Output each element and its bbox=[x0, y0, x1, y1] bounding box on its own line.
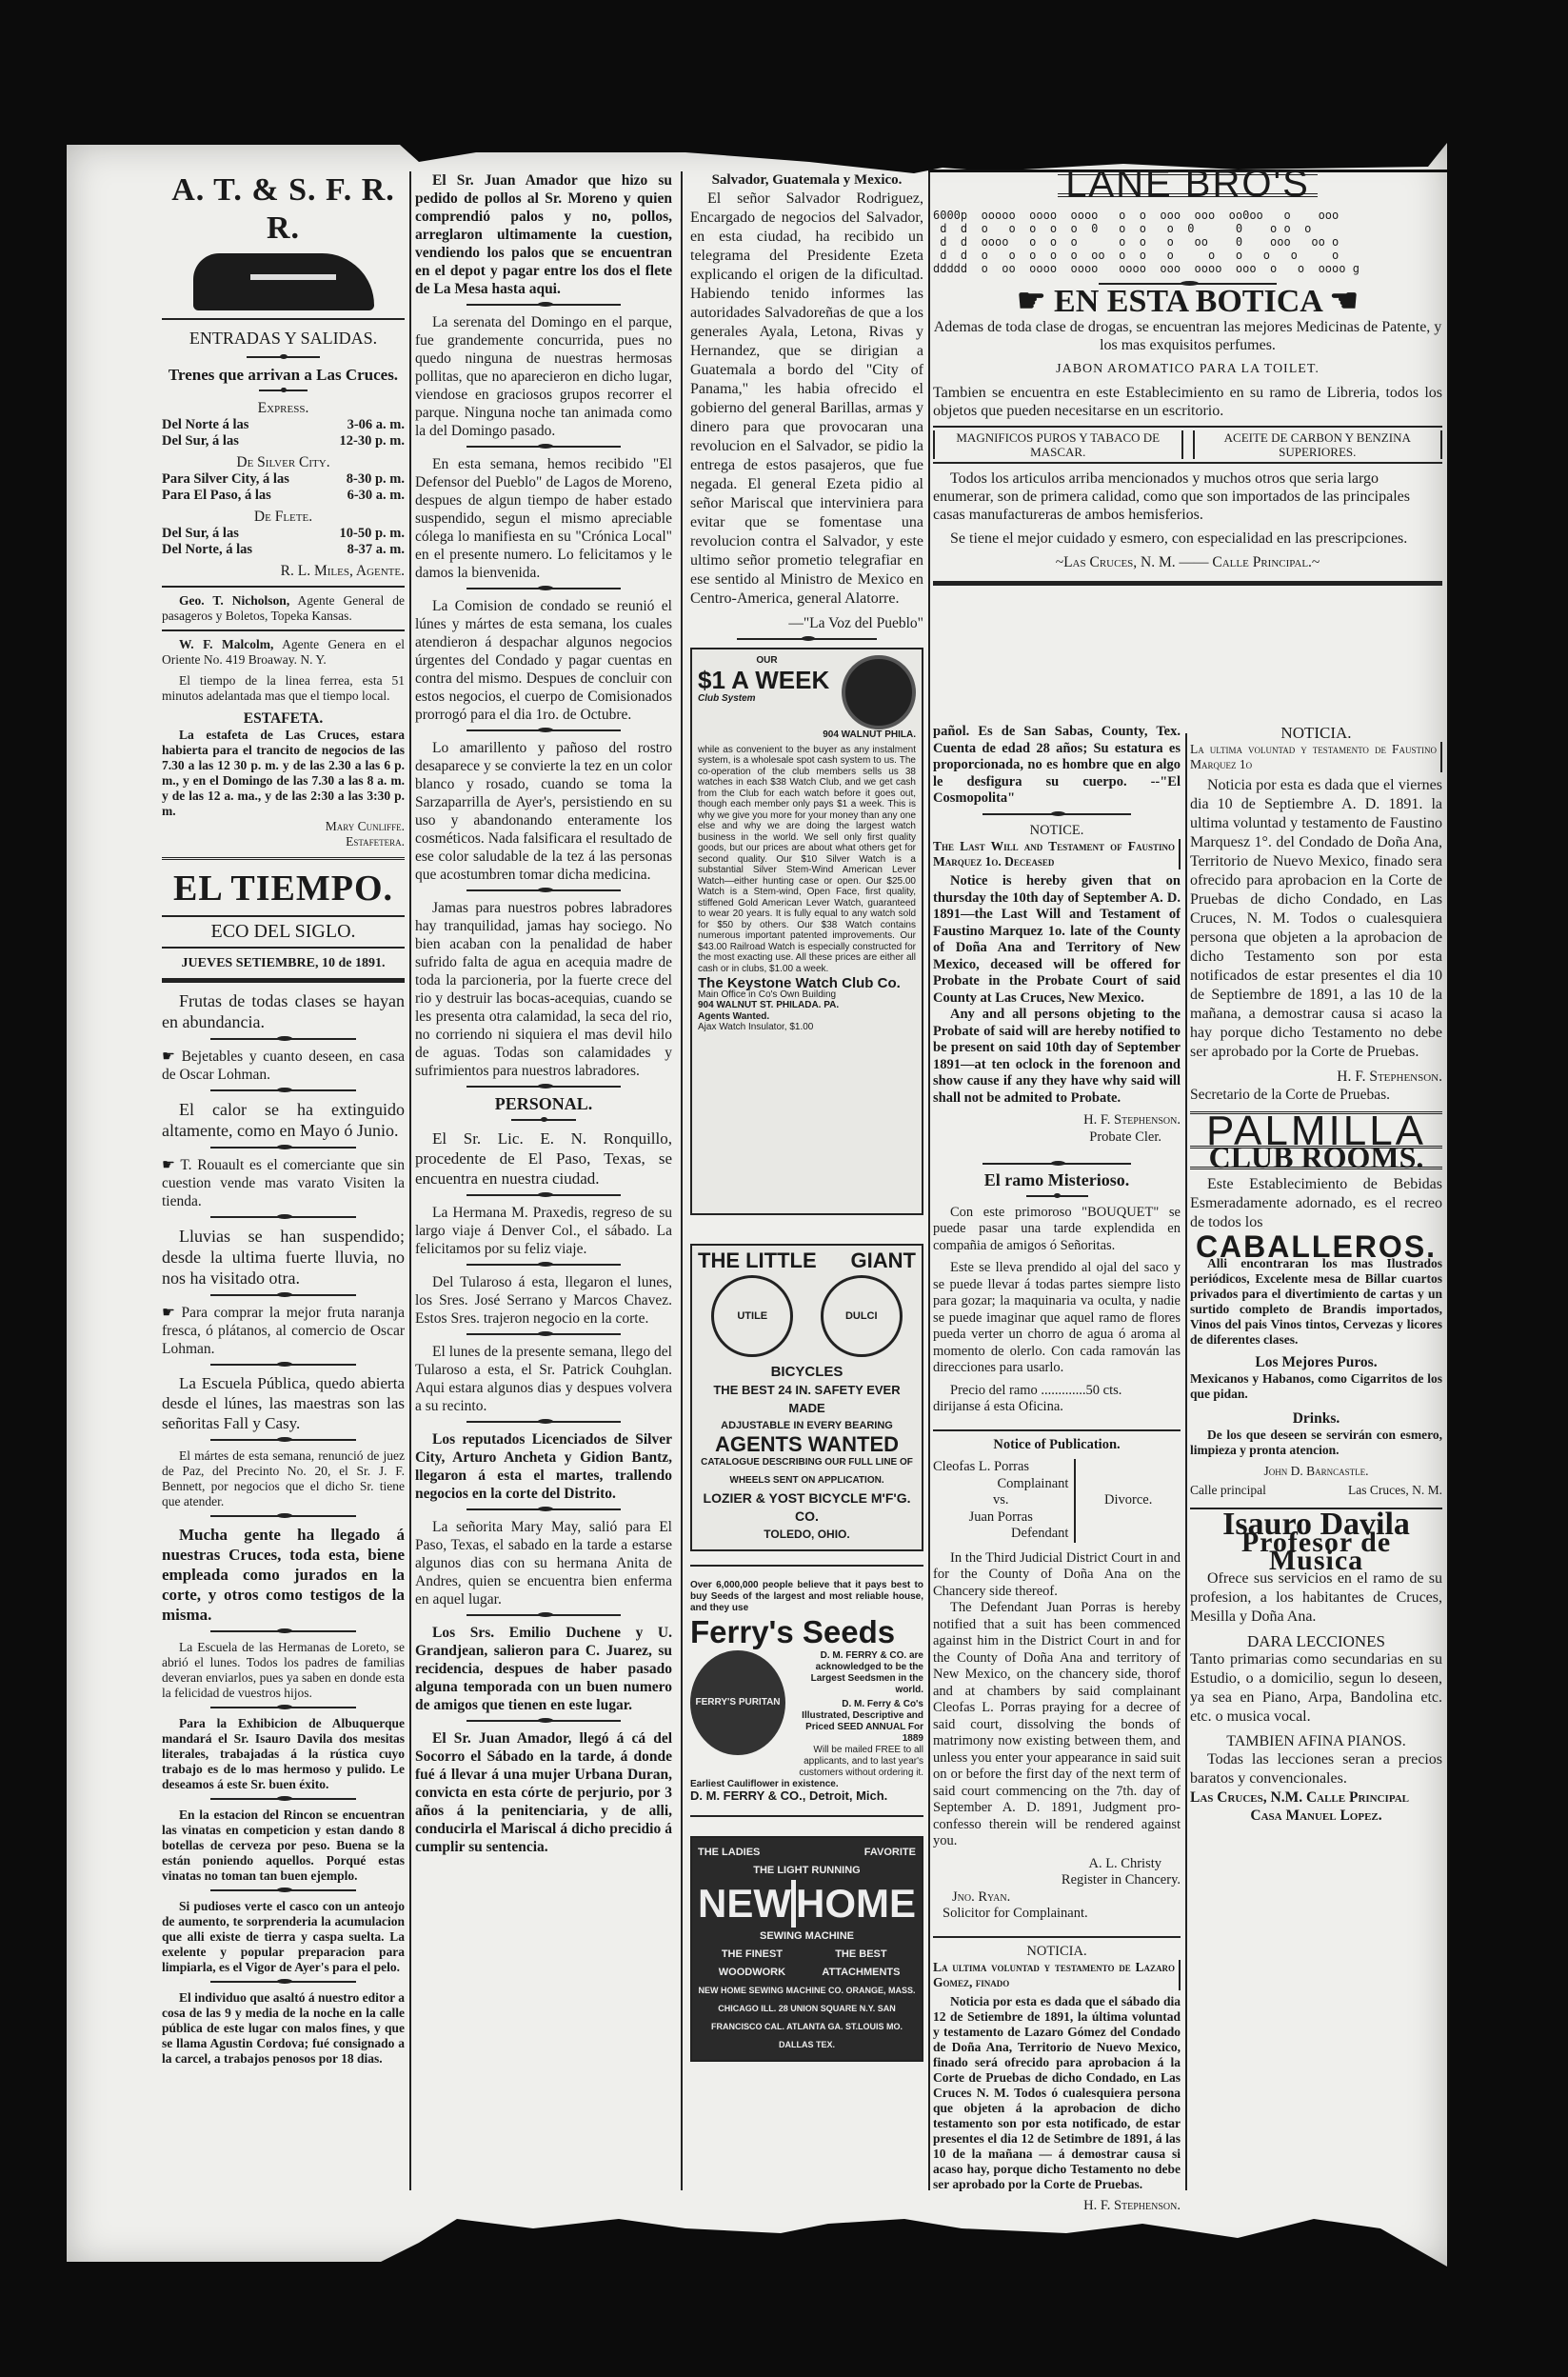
publication-signer-role: Register in Chancery. bbox=[933, 1872, 1181, 1889]
local-item: La Escuela de las Hermanas de Loreto, se… bbox=[162, 1640, 405, 1701]
local-item: Si pudioses verte el casco con un anteoj… bbox=[162, 1899, 405, 1975]
noticia-signer: H. F. Stephenson. bbox=[1190, 1068, 1442, 1086]
botica-line: Se tiene el mejor cuidado y esmero, con … bbox=[933, 529, 1442, 548]
ramo-body: Con este primoroso "BOUQUET" se puede pa… bbox=[933, 1205, 1181, 1255]
notice-title: NOTICE. bbox=[933, 823, 1181, 840]
botica-heading: ☛ EN ESTA BOTICA ☚ bbox=[933, 292, 1442, 310]
notice-caption: The Last Will and Testament of Faustino … bbox=[933, 839, 1181, 869]
personal-item: Del Tularoso á esta, llegaron el lunes, … bbox=[415, 1273, 672, 1328]
local-item: La Comision de condado se reunió el lúne… bbox=[415, 597, 672, 724]
ramo-address: dirijanse á esta Oficina. bbox=[933, 1399, 1181, 1416]
local-item: En la estacion del Rincon se encuentran … bbox=[162, 1808, 405, 1884]
schedule-group: De Flete. bbox=[162, 508, 405, 526]
noticia-gomez-body: Noticia por esta es dada que el sábado d… bbox=[933, 1994, 1181, 2192]
publication-title: Notice of Publication. bbox=[933, 1437, 1181, 1454]
noticia-gomez-caption: La ultima voluntad y testamento de Lazar… bbox=[933, 1960, 1181, 1990]
article-body: El señor Salvador Rodriguez, Encargado d… bbox=[690, 190, 923, 609]
drinks-heading: Drinks. bbox=[1190, 1409, 1442, 1428]
railroad-agent: R. L. Miles, Agente. bbox=[162, 562, 405, 580]
solicitor: Jno. Ryan. bbox=[933, 1889, 1181, 1907]
pointing-hand-icon: ☚ bbox=[1321, 284, 1359, 319]
pointing-hand-icon: ☛ bbox=[162, 1049, 182, 1065]
column-4: pañol. Es de San Sabas, County, Tex. Cue… bbox=[933, 724, 1181, 2215]
time-note: El tiempo de la linea ferrea, esta 51 mi… bbox=[162, 673, 405, 704]
notice-body: Any and all persons objeting to the Prob… bbox=[933, 1007, 1181, 1107]
botica-line: Tambien se encuentra en este Establecimi… bbox=[933, 384, 1442, 420]
local-item: Frutas de todas clases se hayan en abund… bbox=[162, 990, 405, 1032]
local-item: Lo amarillento y pañoso del rostro desap… bbox=[415, 739, 672, 884]
schedule-row: Para El Paso, á las6-30 a. m. bbox=[162, 488, 405, 504]
lessons-heading: DARA LECCIONES bbox=[1190, 1632, 1442, 1650]
local-item: ☛ T. Rouault es el comerciante que sin c… bbox=[162, 1156, 405, 1210]
schedule-row: Del Norte á las3-06 a. m. bbox=[162, 417, 405, 433]
noticia-gomez-title: NOTICIA. bbox=[933, 1944, 1181, 1961]
botica-line: JABON AROMATICO PARA LA TOILET. bbox=[933, 360, 1442, 378]
ramo-price: Precio del ramo .............50 cts. bbox=[933, 1383, 1181, 1400]
case-caption: Cleofas L. Porras Complainant vs. Juan P… bbox=[933, 1459, 1181, 1543]
personal-item: Los Srs. Emilio Duchene y U. Grandjean, … bbox=[415, 1624, 672, 1714]
notice-body: Notice is hereby given that on thursday … bbox=[933, 873, 1181, 1007]
noticia-gomez-signer: H. F. Stephenson. bbox=[933, 2198, 1181, 2215]
solicitor-role: Solicitor for Complainant. bbox=[933, 1906, 1181, 1923]
puros-body: Mexicanos y Habanos, como Cigarritos de … bbox=[1190, 1371, 1442, 1402]
railroad-subhead: Trenes que arrivan a Las Cruces. bbox=[162, 366, 405, 384]
club-rooms-title: CLUB ROOMS. bbox=[1190, 1146, 1442, 1169]
davila-body: Todas las lecciones seran a precios bara… bbox=[1190, 1750, 1442, 1788]
palmilla-title: PALMILLA bbox=[1190, 1122, 1442, 1140]
estafeta-signer: Mary Cunliffe. bbox=[162, 819, 405, 834]
local-item: En esta semana, hemos recibido "El Defen… bbox=[415, 455, 672, 582]
nicholson-ad: Geo. T. Nicholson, Agente General de pas… bbox=[162, 593, 405, 624]
personal-item: La Hermana M. Praxedis, regreso de su la… bbox=[415, 1204, 672, 1258]
schedule-row: Del Sur, á las12-30 p. m. bbox=[162, 433, 405, 449]
continued-text: pañol. Es de San Sabas, County, Tex. Cue… bbox=[933, 724, 1181, 808]
palmilla-intro: Este Establecimiento de Bebidas Esmerada… bbox=[1190, 1175, 1442, 1232]
column-rule bbox=[1185, 733, 1187, 2190]
estafeta-role: Estafetera. bbox=[162, 834, 405, 849]
bicycle-ad: THE LITTLEGIANT UTILE DULCI BICYCLES THE… bbox=[690, 1244, 923, 1551]
estafeta-text: La estafeta de Las Cruces, estara habier… bbox=[162, 728, 405, 819]
local-item: Mucha gente ha llegado á nuestras Cruces… bbox=[162, 1525, 405, 1625]
caballeros-heading: CABALLEROS. bbox=[1190, 1238, 1442, 1256]
ferry-seeds-ad: Over 6,000,000 people believe that it pa… bbox=[690, 1580, 923, 1802]
train-icon bbox=[193, 253, 374, 310]
railroad-section: ENTRADAS Y SALIDAS. bbox=[162, 326, 405, 350]
local-item: Jamas para nuestros pobres labradores ha… bbox=[415, 899, 672, 1080]
puros-heading: Los Mejores Puros. bbox=[1190, 1353, 1442, 1371]
lane-bros-title: LANE BRO'S bbox=[1058, 171, 1318, 197]
palmilla-body: Alli encontraran los mas Ilustrados peri… bbox=[1190, 1256, 1442, 1348]
local-item: El Sr. Juan Amador que hizo su pedido de… bbox=[415, 171, 672, 298]
local-item: El mártes de esta semana, renunció de ju… bbox=[162, 1448, 405, 1509]
davila-address: Las Cruces, N.M. Calle Principal bbox=[1190, 1788, 1442, 1807]
palmilla-owner: John D. Barncastle. bbox=[1190, 1464, 1442, 1479]
column-1: A. T. & S. F. R. R. ENTRADAS Y SALIDAS. … bbox=[162, 171, 405, 2072]
product-boxes: MAGNIFICOS PUROS Y TABACO DE MASCAR. ACE… bbox=[933, 426, 1442, 464]
ramo-body: Este se lleva prendido al ojal del saco … bbox=[933, 1260, 1181, 1377]
publication-signer: A. L. Christy bbox=[933, 1856, 1181, 1873]
botica-line: Todos los articulos arriba mencionados y… bbox=[933, 469, 1442, 524]
malcolm-ad: W. F. Malcolm, Agente Genera en el Orien… bbox=[162, 637, 405, 668]
schedule-row: Del Sur, á las10-50 p. m. bbox=[162, 526, 405, 542]
noticia-body: Noticia por esta es dada que el viernes … bbox=[1190, 776, 1442, 1062]
local-item: ☛ Bejetables y cuanto deseen, en casa de… bbox=[162, 1048, 405, 1084]
schedule-row: Para Silver City, á las8-30 p. m. bbox=[162, 471, 405, 488]
publication-body: In the Third Judicial District Court in … bbox=[933, 1550, 1181, 1601]
davila-body: Ofrece sus servicios en el ramo de su pr… bbox=[1190, 1569, 1442, 1627]
masthead-title: EL TIEMPO. bbox=[162, 868, 405, 909]
column-rule bbox=[681, 171, 683, 2190]
column-3: Salvador, Guatemala y Mexico. El señor S… bbox=[690, 171, 923, 2069]
personal-item: El Sr. Lic. E. N. Ronquillo, procedente … bbox=[415, 1129, 672, 1188]
noticia-role: Secretario de la Corte de Pruebas. bbox=[1190, 1086, 1442, 1104]
watch-club-ad: OUR $1 A WEEK Club System 904 WALNUT PHI… bbox=[690, 648, 923, 1215]
pointing-hand-icon: ☛ bbox=[162, 1305, 182, 1321]
lane-bros-ad: LANE BRO'S 6000p ooooo oooo oooo o o ooo… bbox=[933, 171, 1442, 586]
local-item: ☛ Para comprar la mejor fruta naranja fr… bbox=[162, 1304, 405, 1358]
personal-item: El Sr. Juan Amador, llegó á cá del Socor… bbox=[415, 1729, 672, 1856]
column-2: El Sr. Juan Amador que hizo su pedido de… bbox=[415, 171, 672, 1862]
local-item: El individuo que asaltó á nuestro editor… bbox=[162, 1990, 405, 2067]
tune-heading: TAMBIEN AFINA PIANOS. bbox=[1190, 1732, 1442, 1750]
schedule-group: De Silver City. bbox=[162, 453, 405, 471]
dot-art-logo: 6000p ooooo oooo oooo o o ooo ooo oo0oo … bbox=[933, 209, 1442, 275]
noticia-title: NOTICIA. bbox=[1190, 724, 1442, 742]
bicycle-icon: UTILE DULCI bbox=[698, 1275, 916, 1357]
botica-address: ~Las Cruces, N. M. —— Calle Principal.~ bbox=[933, 553, 1442, 571]
personal-heading: PERSONAL. bbox=[415, 1095, 672, 1113]
cabbage-icon: FERRY'S PURITAN bbox=[690, 1650, 785, 1755]
column-rule bbox=[409, 171, 411, 2190]
noticia-caption: La ultima voluntad y testamento de Faust… bbox=[1190, 742, 1442, 772]
davila-house: Casa Manuel Lopez. bbox=[1190, 1807, 1442, 1825]
davila-body: Tanto primarias como secundarias en su E… bbox=[1190, 1650, 1442, 1727]
drinks-body: De los que deseen se servirán con esmero… bbox=[1190, 1428, 1442, 1458]
article-source: —"La Voz del Pueblo" bbox=[690, 614, 923, 632]
column-5: NOTICIA. La ultima voluntad y testamento… bbox=[1190, 724, 1442, 1825]
railroad-title: A. T. & S. F. R. R. bbox=[162, 171, 405, 248]
local-item: La serenata del Domingo en el parque, fu… bbox=[415, 313, 672, 440]
personal-item: El lunes de la presente semana, llego de… bbox=[415, 1343, 672, 1415]
new-home-sewing-machine-ad: THE LADIESFAVORITE THE LIGHT RUNNING NEW… bbox=[690, 1836, 923, 2062]
botica-line: Ademas de toda clase de drogas, se encue… bbox=[933, 318, 1442, 354]
local-item: Lluvias se han suspendido; desde la ulti… bbox=[162, 1226, 405, 1288]
personal-item: La señorita Mary May, salió para El Paso… bbox=[415, 1518, 672, 1608]
schedule-row: Del Norte, á las8-37 a. m. bbox=[162, 542, 405, 558]
schedule-group: Express. bbox=[162, 399, 405, 417]
palmilla-address: Calle principalLas Cruces, N. M. bbox=[1190, 1483, 1442, 1498]
pointing-hand-icon: ☛ bbox=[1017, 284, 1054, 319]
notice-role: Probate Cler. bbox=[933, 1129, 1181, 1147]
local-item: La Escuela Pública, quedo abierta desde … bbox=[162, 1373, 405, 1433]
publication-body: The Defendant Juan Porras is hereby noti… bbox=[933, 1600, 1181, 1850]
masthead-subtitle: ECO DEL SIGLO. bbox=[162, 923, 405, 941]
pocket-watch-icon bbox=[842, 655, 916, 729]
local-item: Para la Exhibicion de Albuquerque mandar… bbox=[162, 1716, 405, 1792]
local-item: El calor se ha extinguido altamente, com… bbox=[162, 1099, 405, 1141]
column-rule bbox=[928, 171, 930, 2190]
notice-signer: H. F. Stephenson. bbox=[933, 1112, 1181, 1129]
article-title: Salvador, Guatemala y Mexico. bbox=[690, 171, 923, 190]
ramo-title: El ramo Misterioso. bbox=[933, 1172, 1181, 1189]
estafeta-title: ESTAFETA. bbox=[162, 709, 405, 728]
personal-item: Los reputados Licenciados de Silver City… bbox=[415, 1430, 672, 1503]
masthead-date: JUEVES SETIEMBRE, 10 de 1891. bbox=[162, 954, 405, 972]
pointing-hand-icon: ☛ bbox=[162, 1157, 180, 1173]
